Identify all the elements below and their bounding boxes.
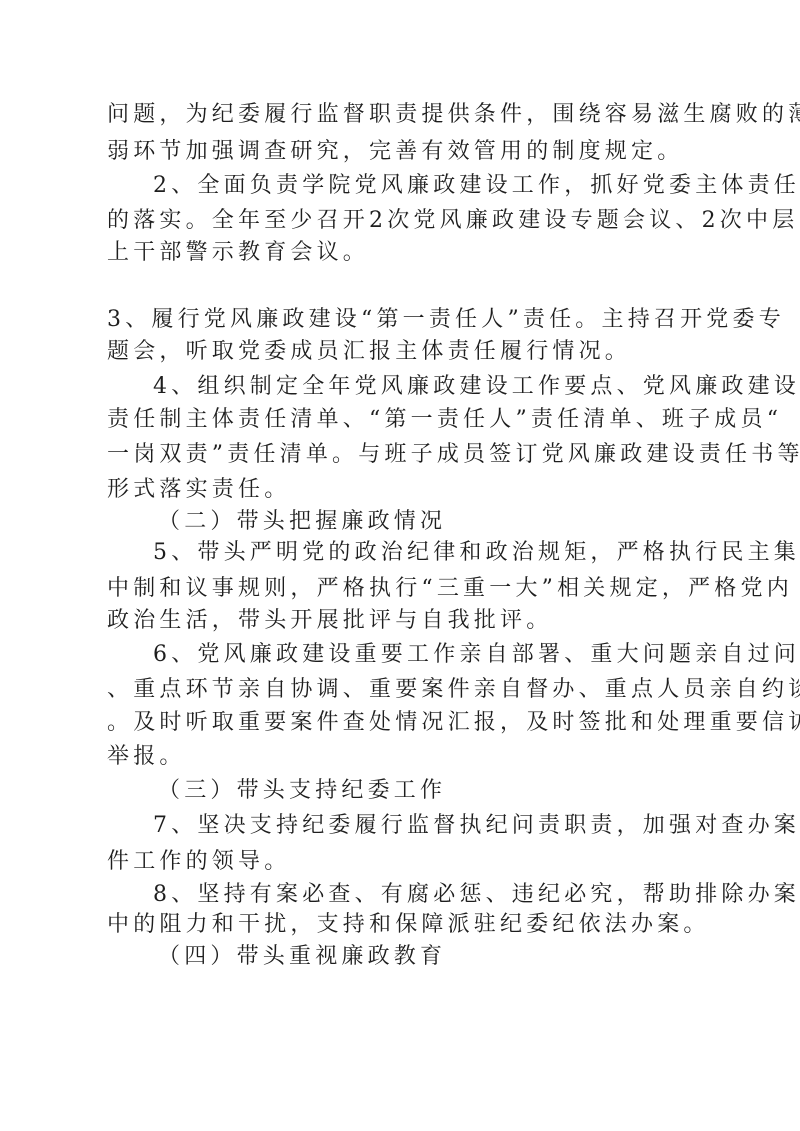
body-text-line: 一岗双责”责任清单。与班子成员签订党风廉政建设责任书等 bbox=[107, 440, 707, 470]
list-item-8: 8、坚持有案必查、有腐必惩、违纪必究，帮助排除办案 bbox=[153, 880, 753, 910]
body-text-line: 形式落实责任。 bbox=[107, 475, 707, 505]
section-heading-2: （二）带头把握廉政情况 bbox=[158, 507, 758, 537]
list-item-2: 2、全面负责学院党风廉政建设工作，抓好党委主体责任 bbox=[153, 171, 753, 201]
list-item-7: 7、坚决支持纪委履行监督执纪问责职责，加强对查办案 bbox=[153, 811, 753, 841]
body-text-line: 中制和议事规则，严格执行“三重一大”相关规定，严格党内 bbox=[107, 574, 707, 604]
list-item-4: 4、组织制定全年党风廉政建设工作要点、党风廉政建设 bbox=[153, 372, 753, 402]
body-text-line: 题会，听取党委成员汇报主体责任履行情况。 bbox=[107, 337, 707, 367]
list-item-6: 6、党风廉政建设重要工作亲自部署、重大问题亲自过问 bbox=[153, 640, 753, 670]
document-page: 问题，为纪委履行监督职责提供条件，围绕容易滋生腐败的薄 弱环节加强调查研究，完善… bbox=[0, 0, 800, 1131]
body-text-line: 举报。 bbox=[107, 742, 707, 772]
body-text-line: 政治生活，带头开展批评与自我批评。 bbox=[107, 606, 707, 636]
section-heading-4: （四）带头重视廉政教育 bbox=[158, 942, 758, 972]
section-heading-3: （三）带头支持纪委工作 bbox=[158, 776, 758, 806]
body-text-line: 。及时听取重要案件查处情况汇报，及时签批和处理重要信访 bbox=[107, 708, 707, 738]
list-item-3: 3、履行党风廉政建设“第一责任人”责任。主持召开党委专 bbox=[107, 305, 707, 335]
body-text-line: 责任制主体责任清单、“第一责任人”责任清单、班子成员“ bbox=[107, 405, 707, 435]
body-text-line: 上干部警示教育会议。 bbox=[107, 238, 707, 268]
body-text-line: 、重点环节亲自协调、重要案件亲自督办、重点人员亲自约谈 bbox=[107, 675, 707, 705]
body-text-line: 弱环节加强调查研究，完善有效管用的制度规定。 bbox=[107, 137, 707, 167]
body-text-line: 的落实。全年至少召开2次党风廉政建设专题会议、2次中层以 bbox=[107, 206, 707, 236]
body-text-line: 件工作的领导。 bbox=[107, 847, 707, 877]
body-text-line: 问题，为纪委履行监督职责提供条件，围绕容易滋生腐败的薄 bbox=[107, 100, 707, 130]
body-text-line: 中的阻力和干扰，支持和保障派驻纪委纪依法办案。 bbox=[107, 910, 707, 940]
list-item-5: 5、带头严明党的政治纪律和政治规矩，严格执行民主集 bbox=[153, 538, 753, 568]
